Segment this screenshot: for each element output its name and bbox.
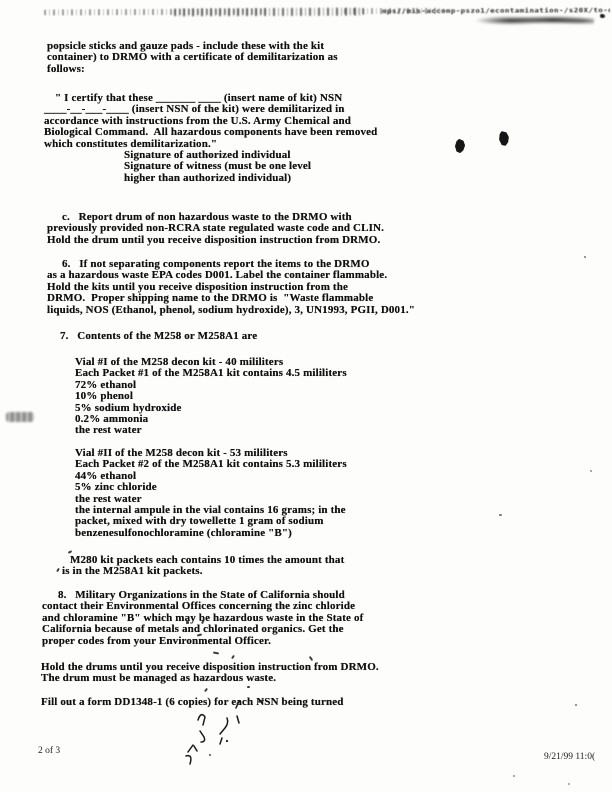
text-line: The drum must be managed as hazardous wa…	[41, 673, 379, 684]
text-line: 10% phenol	[75, 391, 347, 402]
text-line: DRMO. Proper shipping name to the DRMO i…	[47, 293, 415, 304]
pen-mark-artifact	[204, 688, 208, 692]
text-line: the rest water	[75, 425, 347, 436]
speck-artifact	[499, 514, 502, 516]
text-line: container) to DRMO with a certificate of…	[47, 52, 338, 63]
paragraph-certification: " I certify that these _______ ____ (ins…	[44, 93, 377, 150]
text-line: Hold the drum until you receive disposit…	[47, 235, 384, 246]
pen-mark-artifact	[231, 655, 235, 659]
pen-mark-artifact	[247, 686, 250, 688]
speck-artifact	[513, 775, 515, 777]
text-line: is in the M258A1 kit packets.	[62, 566, 344, 577]
page-number: 2 of 3	[38, 746, 60, 756]
fax-noise-blob	[476, 15, 594, 26]
margin-smudge-artifact	[6, 412, 34, 422]
text-line: follows:	[47, 64, 338, 75]
paragraph-vial-1-contents: Vial #I of the M258 decon kit - 40 milil…	[75, 357, 347, 437]
paragraph-hold-drums: Hold the drums until you receive disposi…	[41, 662, 379, 685]
paragraph-m280-note: M280 kit packets each contains 10 times …	[62, 555, 344, 578]
paragraph-vial-2-contents: Vial #II of the M258 decon kit - 53 mili…	[75, 448, 347, 539]
ink-blob-artifact	[498, 131, 509, 147]
paragraph-item-6: 6. If not separating components report t…	[47, 259, 415, 316]
speck-artifact	[584, 256, 586, 258]
paragraph-item-c: c. Report drum of non hazardous waste to…	[47, 212, 384, 246]
text-line: California because of metals and chlorin…	[42, 624, 363, 635]
text-line: Biological Command. All hazardous compon…	[44, 127, 377, 138]
text-line: 5% zinc chloride	[75, 482, 347, 493]
fax-header-text: mps//mis-accomp-pszo1/econtamination-/s2…	[382, 6, 610, 15]
pen-scribble-artifact	[180, 700, 250, 770]
fax-date-stamp: 9/21/99 11:0(	[544, 752, 595, 762]
fax-noise-streak	[174, 8, 364, 17]
scanned-document-page: mps//mis-accomp-pszo1/econtamination-/s2…	[0, 0, 612, 792]
text-line: benzenesulfonochloramine (chloramine "B"…	[75, 528, 347, 539]
text-line: higher than authorized individual)	[124, 173, 311, 184]
speck-artifact	[575, 704, 577, 706]
paragraph-signature-block: Signature of authorized individualSignat…	[124, 150, 311, 184]
fax-noise-speck	[600, 14, 605, 18]
pen-mark-artifact	[213, 651, 219, 654]
paragraph-intro: popsicle sticks and gauze pads - include…	[47, 41, 338, 75]
paragraph-item-7: 7. Contents of the M258 or M258A1 are	[60, 331, 257, 342]
fax-header-artifact: mps//mis-accomp-pszo1/econtamination-/s2…	[44, 6, 610, 26]
speck-artifact	[568, 783, 570, 785]
speck-artifact	[590, 470, 592, 472]
pen-mark-artifact	[56, 568, 60, 572]
pen-mark-artifact	[186, 621, 189, 624]
text-line: proper codes from your Environmental Off…	[42, 636, 363, 647]
text-line: 7. Contents of the M258 or M258A1 are	[60, 331, 257, 342]
ink-blob-artifact	[454, 138, 466, 153]
text-line: liquids, NOS (Ethanol, phenol, sodium hy…	[47, 305, 415, 316]
